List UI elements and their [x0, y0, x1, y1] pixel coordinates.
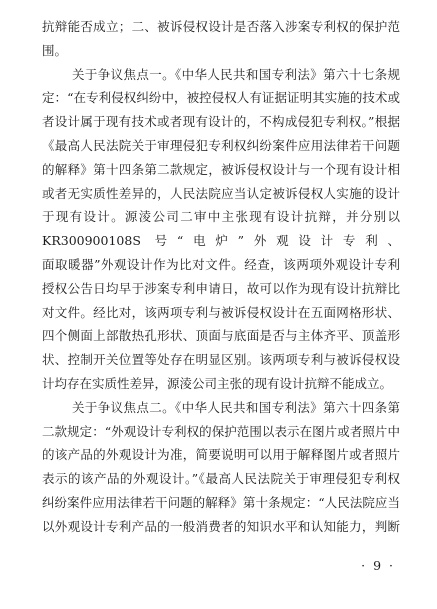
paragraph: 关于争议焦点一。《中华人民共和国专利法》第六十七条规定：“在专利侵权纠纷中，被控…	[42, 63, 400, 396]
text-line: 定：“在专利侵权纠纷中，被控侵权人有证据证明其实施的技术或	[42, 86, 400, 110]
text-line: 者设计属于现有技术或者现有设计的，不构成侵犯专利权。”根据	[42, 110, 400, 134]
text-line: 表示的该产品的外观设计。”《最高人民法院关于审理侵犯专利权	[42, 467, 400, 491]
text-line: 计均存在实质性差异，源淩公司主张的现有设计抗辩不能成立。	[42, 372, 400, 396]
paragraph: 抗辩能否成立；二、被诉侵权设计是否落入涉案专利权的保护范围。	[42, 15, 400, 63]
text-line: 的解释》第十四条第二款规定，被诉侵权设计与一个现有设计相同	[42, 158, 400, 182]
text-line: 《最高人民法院关于审理侵犯专利权纠纷案件应用法律若干问题	[42, 134, 400, 158]
text-line: 以外观设计专利产品的一般消费者的知识水平和认知能力，判断外	[42, 515, 400, 539]
text-line: 状、控制开关位置等处存在明显区别。该两项专利与被诉侵权设	[42, 348, 400, 372]
text-line: 面取暖器”外观设计作为比对文件。经查，该两项外观设计专利	[42, 253, 400, 277]
text-line: 抗辩能否成立；二、被诉侵权设计是否落入涉案专利权的保护范	[42, 15, 400, 39]
text-line: 关于争议焦点二。《中华人民共和国专利法》第六十四条第	[42, 396, 400, 420]
text-line: 纠纷案件应用法律若干问题的解释》第十条规定：“人民法院应当	[42, 491, 400, 515]
paragraph: 关于争议焦点二。《中华人民共和国专利法》第六十四条第二款规定：“外观设计专利权的…	[42, 396, 400, 539]
text-line: 二款规定：“外观设计专利权的保护范围以表示在图片或者照片中	[42, 420, 400, 444]
text-line: 围。	[42, 39, 400, 63]
text-line: 关于争议焦点一。《中华人民共和国专利法》第六十七条规	[42, 63, 400, 87]
text-line: 授权公告日均早于涉案专利申请日，故可以作为现有设计抗辩比	[42, 277, 400, 301]
text-line: KR300900108S 号“电炉”外观设计专利、ZL201630215641.…	[42, 229, 400, 253]
document-body: 抗辩能否成立；二、被诉侵权设计是否落入涉案专利权的保护范围。关于争议焦点一。《中…	[42, 15, 400, 539]
document-page: 抗辩能否成立；二、被诉侵权设计是否落入涉案专利权的保护范围。关于争议焦点一。《中…	[0, 0, 437, 609]
text-line: 对文件。经比对，该两项专利与被诉侵权设计在五面网格形状、	[42, 301, 400, 325]
page-number: · 9 ·	[361, 556, 395, 576]
text-line: 或者无实质性差异的，人民法院应当认定被诉侵权人实施的设计属	[42, 182, 400, 206]
text-line: 的该产品的外观设计为准，简要说明可以用于解释图片或者照片所	[42, 443, 400, 467]
text-line: 于现有设计。源淩公司二审中主张现有设计抗辩，并分别以	[42, 205, 400, 229]
text-line: 四个侧面上部散热孔形状、顶面与底面是否与主体齐平、顶盖形	[42, 324, 400, 348]
